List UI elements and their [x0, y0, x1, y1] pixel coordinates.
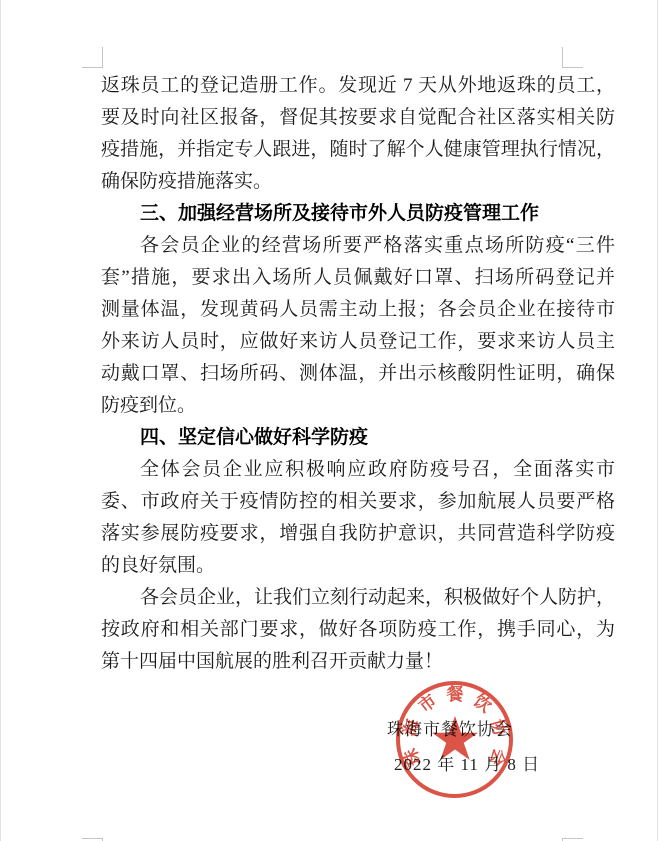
body-line: 套”措施，要求出入场所人员佩戴好口罩、扫场所码登记并	[101, 262, 615, 294]
body-line: 防疫到位。	[101, 390, 615, 422]
paragraph-3: 全体会员企业应积极响应政府防疫号召，全面落实市 委、市政府关于疫情防控的相关要求…	[101, 454, 615, 582]
body-line: 第十四届中国航展的胜利召开贡献力量！	[101, 646, 615, 678]
body-line: 要及时向社区报备，督促其按要求自觉配合社区落实相关防	[101, 102, 615, 134]
body-line: 委、市政府关于疫情防控的相关要求，参加航展人员要严格	[101, 486, 615, 518]
crop-mark-top-right	[562, 47, 583, 68]
section-heading-4: 四、坚定信心做好科学防疫	[101, 422, 615, 454]
heading-text: 三、加强经营场所及接待市外人员防疫管理工作	[101, 198, 615, 230]
body-line: 的良好氛围。	[101, 550, 615, 582]
heading-text: 四、坚定信心做好科学防疫	[101, 422, 615, 454]
body-line: 测量体温，发现黄码人员需主动上报；各会员企业在接待市	[101, 294, 615, 326]
paragraph-1: 返珠员工的登记造册工作。发现近 7 天从外地返珠的员工， 要及时向社区报备，督促…	[101, 70, 615, 198]
document-page: 返珠员工的登记造册工作。发现近 7 天从外地返珠的员工， 要及时向社区报备，督促…	[0, 0, 658, 841]
seal-arc-char: 餐	[446, 686, 464, 704]
paragraph-2: 各会员企业的经营场所要严格落实重点场所防疫“三件 套”措施，要求出入场所人员佩戴…	[101, 230, 615, 422]
body-line: 疫措施，并指定专人跟进，随时了解个人健康管理执行情况，	[101, 134, 615, 166]
crop-mark-top-left	[82, 47, 103, 68]
signature-date: 2022 年 11 月 8 日	[394, 749, 540, 781]
body-line: 全体会员企业应积极响应政府防疫号召，全面落实市	[101, 454, 615, 486]
body-line: 外来访人员时，应做好来访人员登记工作，要求来访人员主	[101, 326, 615, 358]
section-heading-3: 三、加强经营场所及接待市外人员防疫管理工作	[101, 198, 615, 230]
body-line: 各会员企业的经营场所要严格落实重点场所防疫“三件	[101, 230, 615, 262]
body-line: 动戴口罩、扫场所码、测体温，并出示核酸阴性证明，确保	[101, 358, 615, 390]
body-line: 各会员企业，让我们立刻行动起来，积极做好个人防护，	[101, 582, 615, 614]
body-line: 落实参展防疫要求，增强自我防护意识，共同营造科学防疫	[101, 518, 615, 550]
body-line: 按政府和相关部门要求，做好各项防疫工作，携手同心，为	[101, 614, 615, 646]
body-line: 确保防疫措施落实。	[101, 166, 615, 198]
paragraph-4: 各会员企业，让我们立刻行动起来，积极做好个人防护， 按政府和相关部门要求，做好各…	[101, 582, 615, 678]
signature-org: 珠海市餐饮协会	[387, 714, 513, 746]
body-line: 返珠员工的登记造册工作。发现近 7 天从外地返珠的员工，	[101, 70, 615, 102]
